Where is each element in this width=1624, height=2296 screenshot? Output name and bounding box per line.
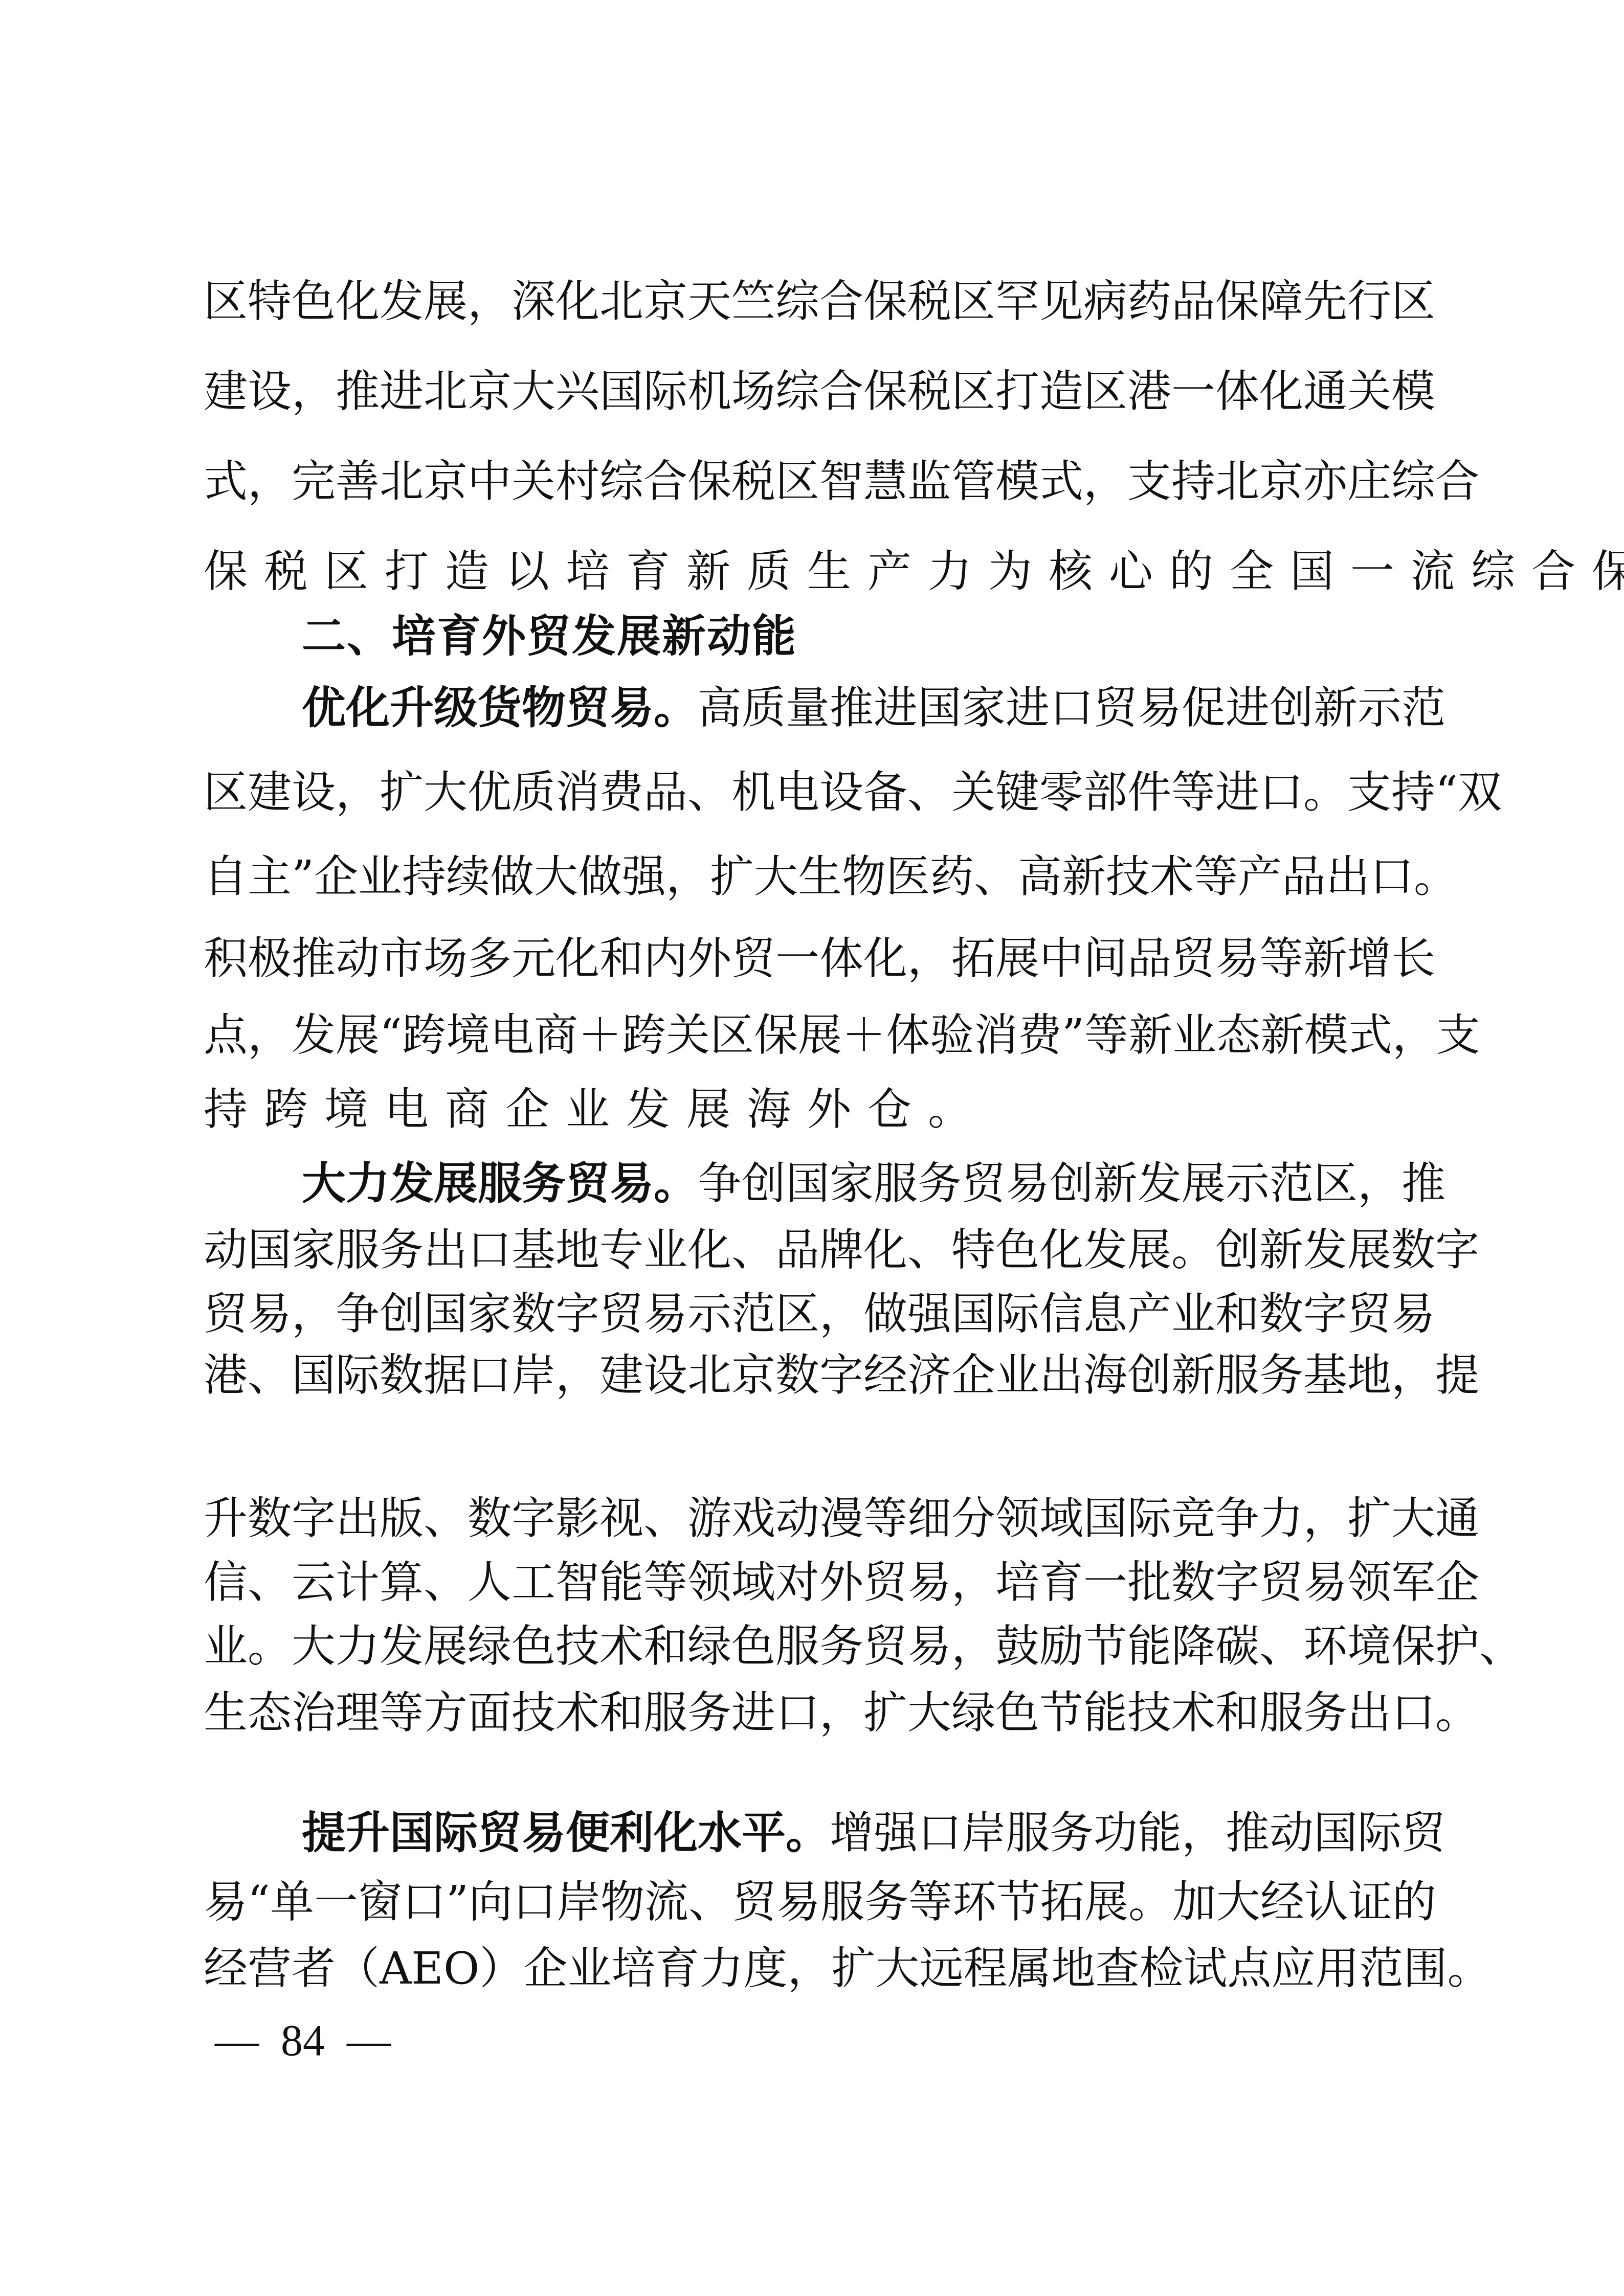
text-line: 区建设，扩大优质消费品、机电设备、关键零部件等进口。支持“双: [204, 762, 1414, 823]
text-line: 信、云计算、人工智能等领域对外贸易，培育一批数字贸易领军企: [204, 1552, 1414, 1613]
document-page: 区特色化发展，深化北京天竺综合保税区罕见病药品保障先行区 建设，推进北京大兴国际…: [0, 0, 1624, 2296]
text-line: 动国家服务出口基地专业化、品牌化、特色化发展。创新发展数字: [204, 1220, 1414, 1281]
text-line: 式，完善北京中关村综合保税区智慧监管模式，支持北京亦庄综合: [204, 451, 1414, 512]
text-line: 点，发展“跨境电商＋跨关区保展＋体验消费”等新业态新模式，支: [204, 1005, 1414, 1066]
paragraph-text: 高质量推进国家进口贸易促进创新示范: [698, 683, 1445, 734]
text-line: 经营者（AEO）企业培育力度，扩大远程属地查检试点应用范围。: [204, 1938, 1414, 1999]
paragraph-first-line: 提升国际贸易便利化水平。增强口岸服务功能，推动国际贸: [302, 1803, 1414, 1864]
paragraph-first-line: 大力发展服务贸易。争创国家服务贸易创新发展示范区，推: [302, 1153, 1414, 1214]
paragraph-first-line: 优化升级货物贸易。高质量推进国家进口贸易促进创新示范: [302, 678, 1414, 739]
text-line: 业。大力发展绿色技术和绿色服务贸易，鼓励节能降碳、环境保护、: [204, 1616, 1414, 1677]
paragraph-text: 增强口岸服务功能，推动国际贸: [830, 1808, 1445, 1859]
paragraph-lead: 大力发展服务贸易。: [302, 1158, 698, 1209]
text-line: 建设，推进北京大兴国际机场综合保税区打造区港一体化通关模: [204, 361, 1414, 422]
paragraph-lead: 优化升级货物贸易。: [302, 683, 698, 734]
paragraph-text: 争创国家服务贸易创新发展示范区，推: [698, 1158, 1445, 1209]
text-line: 持跨境电商企业发展海外仓。: [204, 1079, 1414, 1140]
text-line: 贸易，争创国家数字贸易示范区，做强国际信息产业和数字贸易: [204, 1284, 1414, 1345]
text-line: 自主”企业持续做大做强，扩大生物医药、高新技术等产品出口。: [204, 846, 1414, 908]
text-line: 易“单一窗口”向口岸物流、贸易服务等环节拓展。加大经认证的: [204, 1872, 1414, 1933]
text-line: 港、国际数据口岸，建设北京数字经济企业出海创新服务基地，提: [204, 1345, 1414, 1406]
paragraph-lead: 提升国际贸易便利化水平。: [302, 1808, 830, 1859]
text-line: 积极推动市场多元化和内外贸一体化，拓展中间品贸易等新增长: [204, 928, 1414, 989]
text-line: 区特色化发展，深化北京天竺综合保税区罕见病药品保障先行区: [204, 271, 1414, 332]
text-line: 保税区打造以培育新质生产力为核心的全国一流综合保税区。: [204, 541, 1414, 602]
text-line: 生态治理等方面技术和服务进口，扩大绿色节能技术和服务出口。: [204, 1682, 1414, 1744]
page-number: — 84 —: [215, 2010, 391, 2071]
section-heading: 二、培育外贸发展新动能: [302, 606, 797, 667]
text-line: 升数字出版、数字影视、游戏动漫等细分领域国际竞争力，扩大通: [204, 1488, 1414, 1549]
